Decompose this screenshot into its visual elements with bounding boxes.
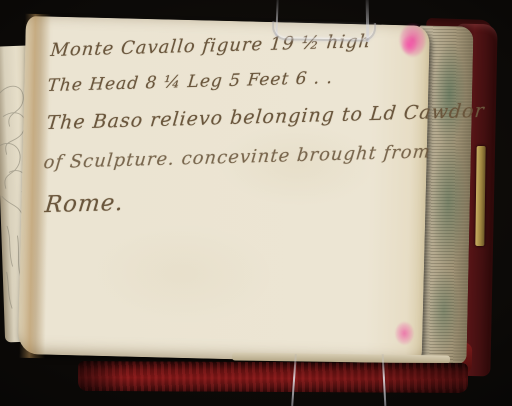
handwritten-inscription: Monte Cavallo figure 19 ½ high The Head … [38, 13, 444, 254]
pink-smudge-top [394, 20, 428, 68]
brass-clasp-icon [475, 146, 485, 246]
sketchbook-photograph: Monte Cavallo figure 19 ½ high The Head … [0, 0, 512, 406]
support-strap-band [272, 21, 376, 42]
sketchbook-page: Monte Cavallo figure 19 ½ high The Head … [18, 16, 430, 364]
inscription-line-5: Rome. [44, 190, 125, 218]
pink-smudge-bottom [392, 318, 417, 352]
leather-cover-bottom-band [78, 361, 468, 393]
inscription-line-2: The Head 8 ¼ Leg 5 Feet 6 . . [47, 68, 334, 96]
inscription-line-3: The Baso relievo belonging to Ld Cawdor [46, 100, 486, 134]
inscription-line-4: of Sculpture. concevinte brought from [43, 141, 432, 173]
